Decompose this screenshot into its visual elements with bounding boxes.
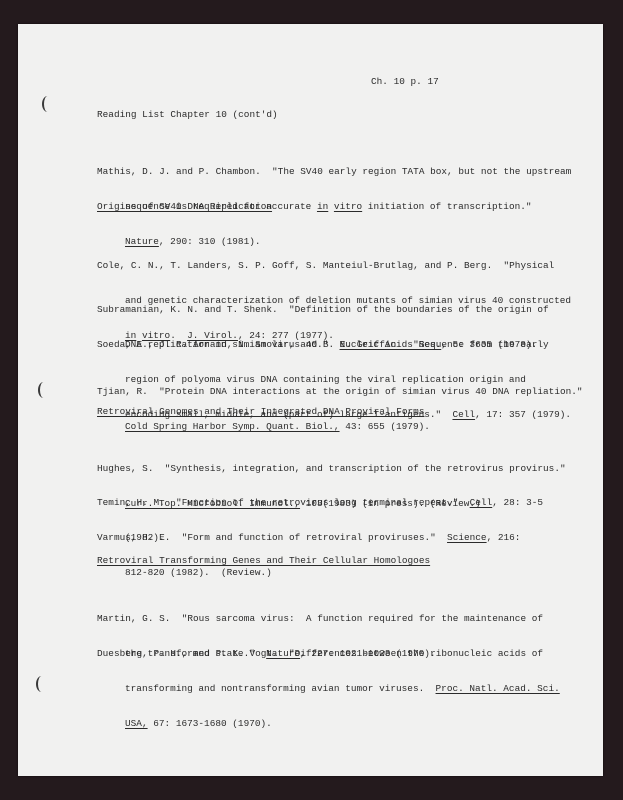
reference-duesberg: Duesberg, P. H., and P. K. Vogt. "Differ… bbox=[97, 625, 560, 753]
binder-hole-mark-icon bbox=[42, 96, 53, 112]
journal-name: USA, bbox=[125, 718, 148, 729]
binder-hole-mark-icon bbox=[38, 382, 49, 398]
binder-hole-mark-icon bbox=[36, 676, 47, 692]
journal-name: Cold Spring Harbor Symp. Quant. Biol., bbox=[125, 421, 340, 432]
section-heading-transforming-genes: Retroviral Transforming Genes and Their … bbox=[97, 555, 430, 567]
page-title: Reading List Chapter 10 (cont'd) bbox=[97, 109, 278, 121]
journal-name: Science bbox=[447, 532, 487, 543]
page-number-label: Ch. 10 p. 17 bbox=[371, 76, 439, 88]
journal-name: Cell bbox=[470, 497, 493, 508]
document-page: Ch. 10 p. 17 Reading List Chapter 10 (co… bbox=[18, 24, 603, 776]
section-heading-sv40-replication: Origins of SV40 DNA Replication bbox=[97, 201, 272, 213]
journal-name: Proc. Natl. Acad. Sci. bbox=[436, 683, 560, 694]
section-heading-retroviral-genomes: Retroviral Genomes and Their Integrated … bbox=[97, 406, 424, 418]
